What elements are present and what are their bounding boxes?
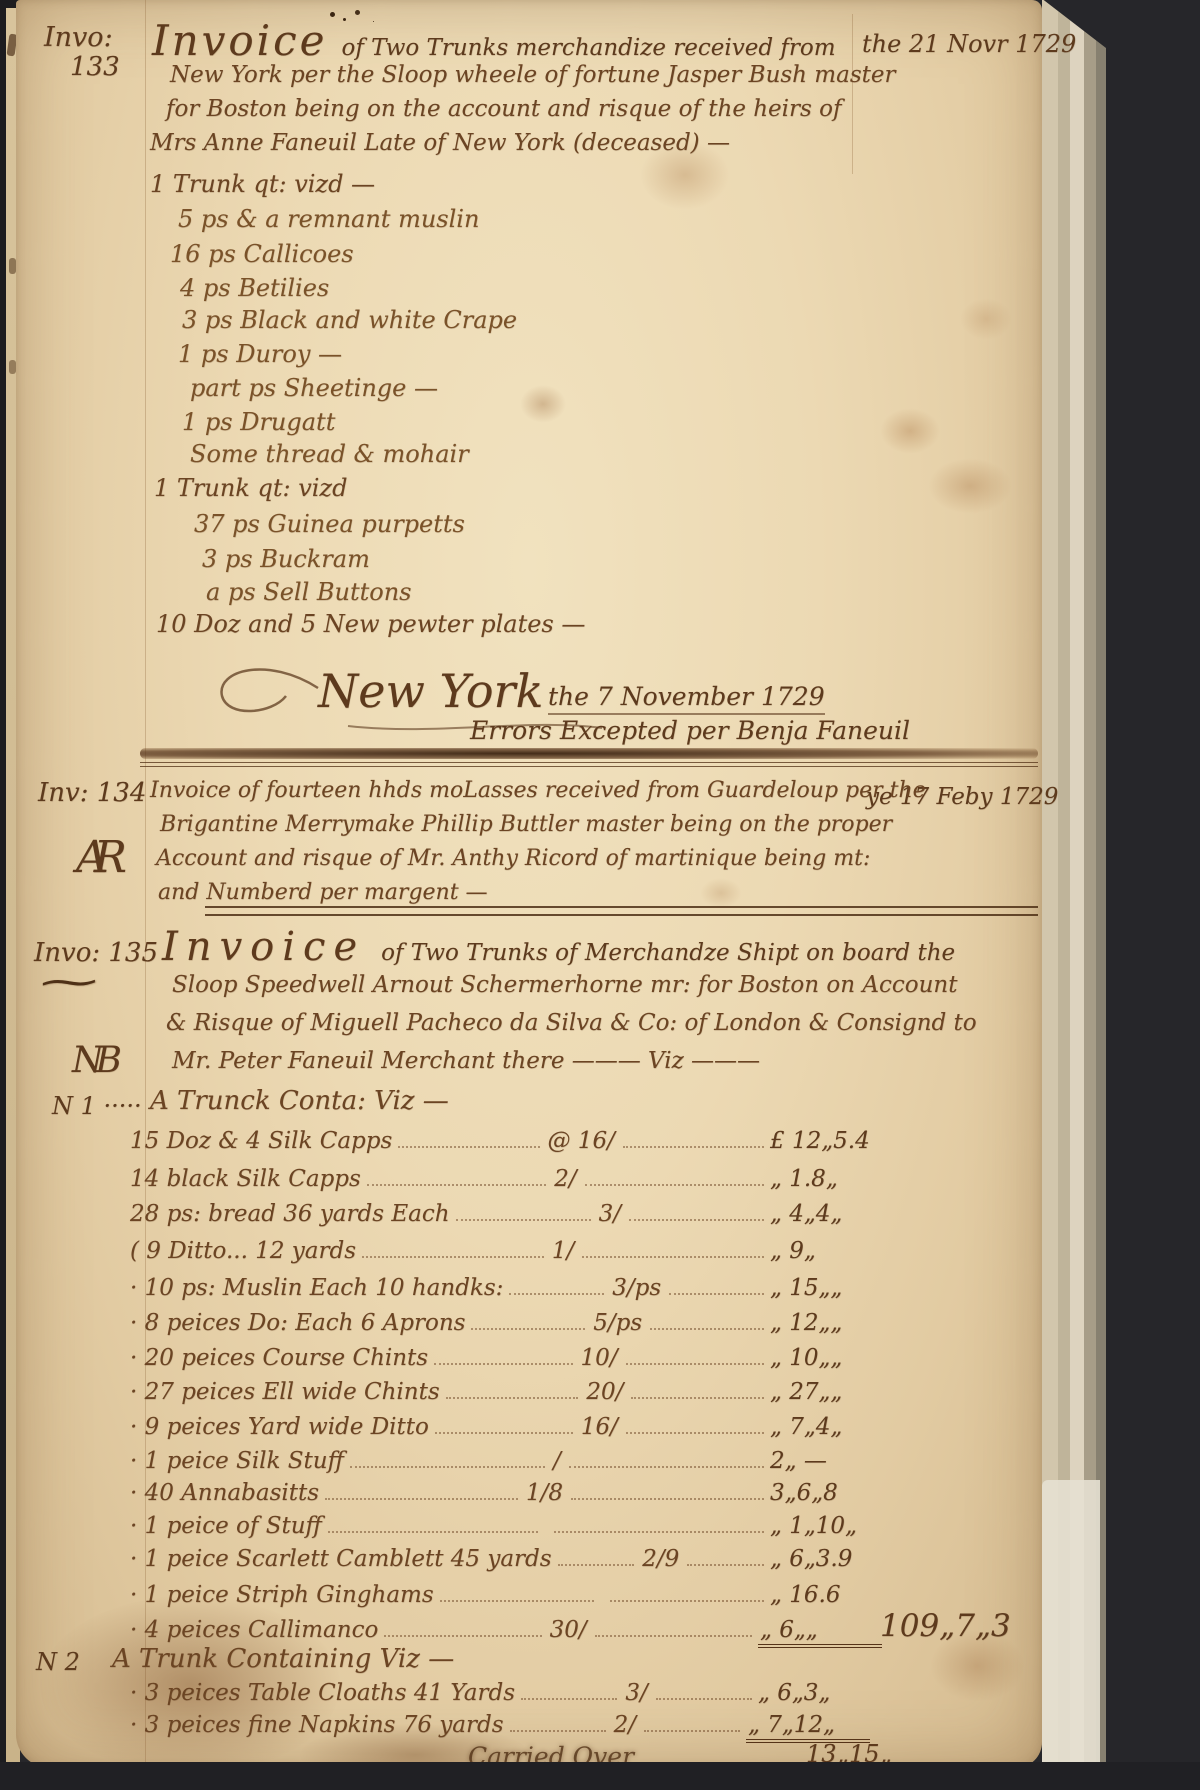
trunk-list-item: 1 ps Drugatt [182,408,335,436]
dotted-leader [471,1328,585,1330]
invoice-line-item: · 1 peice Scarlett Camblett 45 yards2/9„… [130,1546,882,1573]
item-desc: · 4 peices Callimanco [130,1617,378,1643]
dotted-leader [510,1730,606,1732]
invoice-line-item: · 20 peices Course Chints10/„ 10„„ [130,1345,882,1372]
dotted-leader [350,1466,545,1468]
invoice-line-item: ( 9 Ditto... 12 yards1/„ 9„ [130,1238,882,1265]
item-amount: „ 27„„ [770,1379,882,1405]
item-rate: 16/ [579,1414,620,1440]
item-rate: 2/ [552,1166,578,1192]
trunk-list-item: 16 ps Callicoes [170,240,354,268]
item-desc: · 20 peices Course Chints [130,1345,428,1371]
invoice-line-item: 15 Doz & 4 Silk Capps@ 16/£ 12„5.4 [130,1128,882,1155]
dotted-leader [687,1564,764,1566]
stain [928,458,1012,514]
item-rate: @ 16/ [546,1128,617,1154]
item-desc: · 1 peice Silk Stuff [130,1448,344,1474]
ink-rule [140,748,1038,759]
stain [880,408,940,454]
item-desc: 15 Doz & 4 Silk Capps [130,1128,392,1154]
entry133-margin-label: Invo: [44,22,113,53]
item-amount: „ 1„10„ [770,1513,882,1539]
closing-date: the 7 November 1729 [548,682,825,715]
item-amount: 3„6„8 [770,1480,882,1506]
trunk-list-item: 10 Doz and 5 New pewter plates — [156,610,585,638]
entry135-heading-word: Invoice [162,924,365,970]
page-edge-slip [1042,1480,1100,1780]
entry135-heading-rest: of Two Trunks of Merchandze Shipt on boa… [381,940,955,966]
bottom-edge-shadow [0,1762,1200,1790]
item-rate: 3/ [597,1201,623,1227]
item-rate: / [551,1448,563,1474]
dotted-leader [367,1184,546,1186]
entry134-monogram: AR [76,832,113,883]
trunk1-total: 109„7„3 [880,1608,1011,1644]
dotted-leader [434,1363,572,1365]
dotted-leader [325,1498,518,1500]
entry135-line2: Sloop Speedwell Arnout Schermerhorne mr:… [172,972,957,998]
entry133-margin-number: 133 [70,52,120,82]
dotted-leader [595,1635,752,1637]
item-amount: „ 15„„ [770,1275,882,1301]
invoice-line-item: · 1 peice of Stuff„ 1„10„ [130,1513,882,1540]
item-rate: 1/ [550,1238,576,1264]
dotted-leader [440,1600,594,1602]
dotted-leader [626,1432,764,1434]
dotted-leader [456,1219,591,1221]
item-amount: £ 12„5.4 [770,1128,882,1154]
dotted-leader [362,1256,544,1258]
item-rate: 5/ps [591,1310,644,1336]
item-amount: „ 7„4„ [770,1414,882,1440]
entry135-monogram: NB [72,1040,114,1081]
ink-rule [140,762,1038,763]
item-desc: · 10 ps: Muslin Each 10 handks: [130,1275,503,1301]
dotted-leader [435,1432,573,1434]
invoice-line-item: 14 black Silk Capps2/„ 1.8„ [130,1166,882,1193]
item-desc: · 40 Annabasitts [130,1480,319,1506]
trunk-list-item: 1 Trunk qt: vizd — [150,170,375,198]
invoice-line-item: · 1 peice Silk Stuff/2„ — [130,1448,882,1475]
entry135-heading: Invoice of Two Trunks of Merchandze Ship… [162,924,955,970]
ink-mark [9,360,16,374]
item-desc: · 3 peices fine Napkins 76 yards [130,1712,504,1738]
item-desc: · 8 peices Do: Each 6 Aprons [130,1310,465,1336]
dotted-leader [328,1531,538,1533]
trunk-list-item: a ps Sell Buttons [206,578,411,606]
item-desc: · 1 peice of Stuff [130,1513,322,1539]
trunk-list-item: 1 Trunk qt: vizd [154,474,347,502]
item-rate: 3/ps [610,1275,663,1301]
dotted-leader [650,1328,764,1330]
item-amount: „ 16.6 [770,1582,882,1608]
dotted-leader [582,1256,764,1258]
entry134-line3: Account and risque of Mr. Anthy Ricord o… [156,846,870,871]
dotted-leader [569,1466,764,1468]
item-rate: 2/ [612,1712,638,1738]
item-desc: · 27 peices Ell wide Chints [130,1379,440,1405]
trunk-list-item: Some thread & mohair [190,440,469,468]
entry134-line4: and Numberd per margent — [158,880,488,905]
dotted-leader [623,1146,764,1148]
item-amount: „ 1.8„ [770,1166,882,1192]
trunk-list-item: 1 ps Duroy — [178,340,342,368]
ink-rule [140,766,1038,767]
trunk-list-item: 37 ps Guinea purpetts [194,510,465,538]
entry133-date: the 21 Novr 1729 [862,30,1076,58]
dotted-leader [398,1146,539,1148]
entry134-line1: Invoice of fourteen hhds moLasses receiv… [150,778,926,803]
trunk-list-item: 3 ps Buckram [202,545,370,573]
invoice-line-item: · 8 peices Do: Each 6 Aprons5/ps„ 12„„ [130,1310,882,1337]
item-desc: 14 black Silk Capps [130,1166,361,1192]
item-amount: „ 9„ [770,1238,882,1264]
flourish: ~ [34,962,104,1004]
trunk-list-item: 3 ps Black and white Crape [182,306,517,334]
item-desc: · 9 peices Yard wide Ditto [130,1414,429,1440]
item-amount: „ 6„3„ [758,1680,870,1706]
item-amount-underlined: „ 7„12„ [746,1712,870,1743]
invoice-line-item: · 1 peice Striph Ginghams„ 16.6 [130,1582,882,1609]
invoice-line-item: · 10 ps: Muslin Each 10 handks:3/ps„ 15„… [130,1275,882,1302]
trunk1-number: N 1 ····· [52,1092,142,1120]
trunk-list-item: 5 ps & a remnant muslin [178,205,479,233]
trunk1-title: A Trunck Conta: Viz — [150,1086,449,1116]
item-rate: 3/ [623,1680,649,1706]
item-amount: „ 6„3.9 [770,1546,882,1572]
entry135-line3: & Risque of Miguell Pacheco da Silva & C… [166,1010,977,1036]
entry133-heading: Invoice of Two Trunks merchandize receiv… [152,16,836,65]
dotted-leader [571,1498,764,1500]
invoice-line-item: · 9 peices Yard wide Ditto16/„ 7„4„ [130,1414,882,1441]
dotted-leader [554,1531,764,1533]
item-rate: 2/9 [640,1546,681,1572]
entry133-heading-rest: of Two Trunks merchandize received from [341,35,835,61]
closing-signature: Errors Excepted per Benja Faneuil [470,716,910,745]
invoice-line-item: 28 ps: bread 36 yards Each3/„ 4„4„ [130,1201,882,1228]
invoice-line-item: · 40 Annabasitts1/83„6„8 [130,1480,882,1507]
stain [700,878,742,908]
item-amount: „ 12„„ [770,1310,882,1336]
ink-mark [9,258,16,274]
dotted-leader [656,1698,752,1700]
item-desc: 28 ps: bread 36 yards Each [130,1201,450,1227]
entry133-line2: New York per the Sloop wheele of fortune… [170,62,895,88]
closing-place: New York [318,664,543,718]
item-rate: 10/ [579,1345,620,1371]
item-desc: ( 9 Ditto... 12 yards [130,1238,356,1264]
date-column-rule [852,14,853,174]
dotted-leader [626,1363,764,1365]
dotted-leader [509,1293,604,1295]
item-amount: „ 4„4„ [770,1201,882,1227]
entry135-line4: Mr. Peter Faneuil Merchant there ——— Viz… [172,1048,760,1074]
item-rate: 1/8 [524,1480,565,1506]
item-amount: 2„ — [770,1448,882,1474]
dotted-leader [521,1698,617,1700]
item-amount-underlined: „ 6„„ [758,1617,882,1648]
trunk-list-item: 4 ps Betilies [180,274,329,302]
manuscript-scan: Invo: 133 the 21 Novr 1729 Invoice of Tw… [0,0,1200,1790]
dotted-leader [629,1219,764,1221]
dotted-leader [610,1600,764,1602]
invoice-line-item: · 3 peices Table Cloaths 41 Yards3/„ 6„3… [130,1680,870,1707]
entry133-line3: for Boston being on the account and risq… [166,96,842,122]
entry133-heading-word: Invoice [152,16,327,65]
item-rate: 30/ [548,1617,589,1643]
dotted-leader [384,1635,541,1637]
entry133-line4: Mrs Anne Faneuil Late of New York (decea… [150,130,730,156]
dotted-leader [585,1184,764,1186]
item-amount: „ 10„„ [770,1345,882,1371]
dotted-leader [644,1730,740,1732]
trunk2-title: A Trunk Containing Viz — [112,1644,454,1674]
item-rate: 20/ [584,1379,625,1405]
item-desc: · 3 peices Table Cloaths 41 Yards [130,1680,515,1706]
entry134-line2: Brigantine Merrymake Phillip Buttler mas… [160,812,892,837]
dotted-leader [669,1293,764,1295]
stain [520,385,566,423]
entry134-margin-label: Inv: 134 [38,778,146,808]
ink-rule [205,906,1038,916]
invoice-line-item: · 3 peices fine Napkins 76 yards2/„ 7„12… [130,1712,870,1743]
dotted-leader [558,1564,635,1566]
item-desc: · 1 peice Striph Ginghams [130,1582,434,1608]
item-desc: · 1 peice Scarlett Camblett 45 yards [130,1546,552,1572]
trunk-list-item: part ps Sheetinge — [190,374,438,402]
trunk2-number: N 2 [36,1648,80,1676]
invoice-line-item: · 27 peices Ell wide Chints20/„ 27„„ [130,1379,882,1406]
dotted-leader [631,1397,764,1399]
dotted-leader [446,1397,579,1399]
stain [960,298,1012,340]
